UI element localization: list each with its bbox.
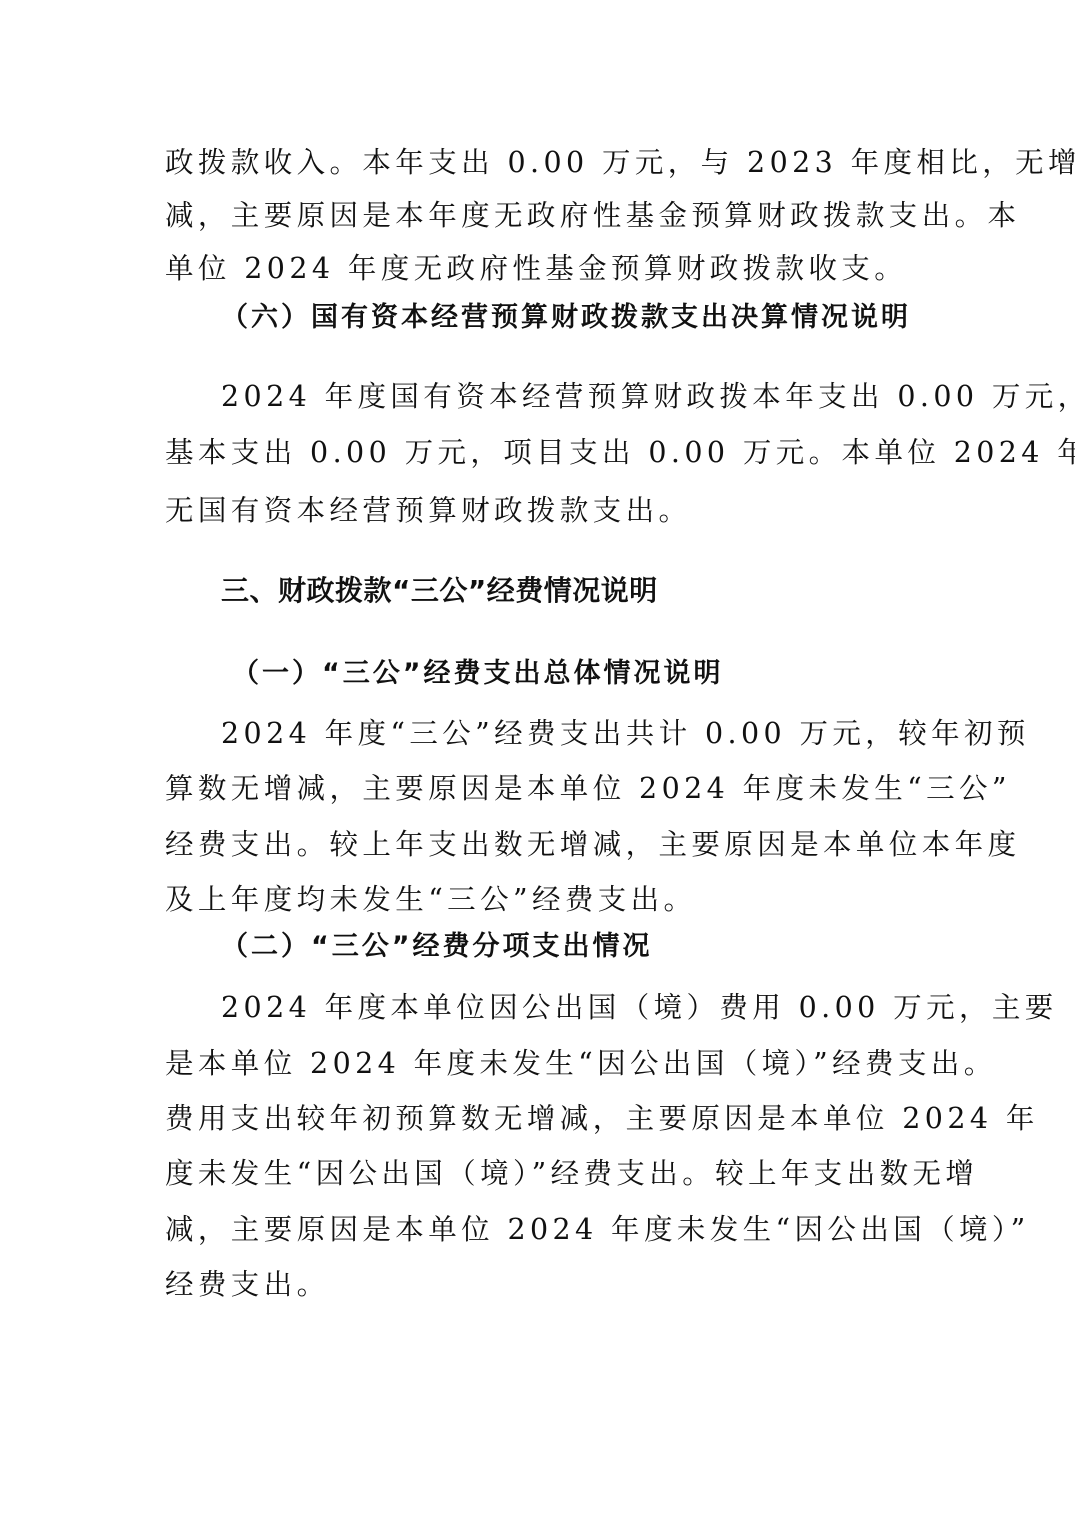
section-heading-3-1: （一）“三公”经费支出总体情况说明 (232, 654, 724, 694)
paragraph-line: 是本单位 2024 年度未发生“因公出国（境）”经费支出。 (165, 1044, 997, 1084)
paragraph-line: 单位 2024 年度无政府性基金预算财政拨款收支。 (165, 249, 907, 289)
document-page: 政拨款收入。本年支出 0.00 万元，与 2023 年度相比，无增 减，主要原因… (0, 0, 1075, 1521)
paragraph-line: 及上年度均未发生“三公”经费支出。 (165, 880, 696, 920)
section-heading-6: （六）国有资本经营预算财政拨款支出决算情况说明 (221, 298, 911, 338)
paragraph-line: 2024 年度本单位因公出国（境）费用 0.00 万元，主要 (221, 988, 1058, 1028)
section-heading-3-2: （二）“三公”经费分项支出情况 (221, 927, 653, 967)
paragraph-line: 基本支出 0.00 万元，项目支出 0.00 万元。本单位 2024 年度 (165, 433, 1075, 473)
paragraph-line: 度未发生“因公出国（境）”经费支出。较上年支出数无增 (165, 1154, 978, 1194)
paragraph-line: 2024 年度国有资本经营预算财政拨本年支出 0.00 万元， (221, 377, 1075, 417)
paragraph-line: 费用支出较年初预算数无增减，主要原因是本单位 2024 年 (165, 1099, 1039, 1139)
paragraph-line: 减，主要原因是本年度无政府性基金预算财政拨款支出。本 (165, 196, 1020, 236)
paragraph-line: 算数无增减，主要原因是本单位 2024 年度未发生“三公” (165, 769, 1011, 809)
paragraph-line: 2024 年度“三公”经费支出共计 0.00 万元，较年初预 (221, 714, 1030, 754)
paragraph-line: 减，主要原因是本单位 2024 年度未发生“因公出国（境）” (165, 1210, 1030, 1250)
paragraph-line: 经费支出。 (165, 1265, 330, 1305)
chapter-heading-3: 三、财政拨款“三公”经费情况说明 (221, 571, 658, 611)
paragraph-line: 政拨款收入。本年支出 0.00 万元，与 2023 年度相比，无增 (165, 143, 1075, 183)
paragraph-line: 经费支出。较上年支出数无增减，主要原因是本单位本年度 (165, 825, 1020, 865)
paragraph-line: 无国有资本经营预算财政拨款支出。 (165, 491, 691, 531)
